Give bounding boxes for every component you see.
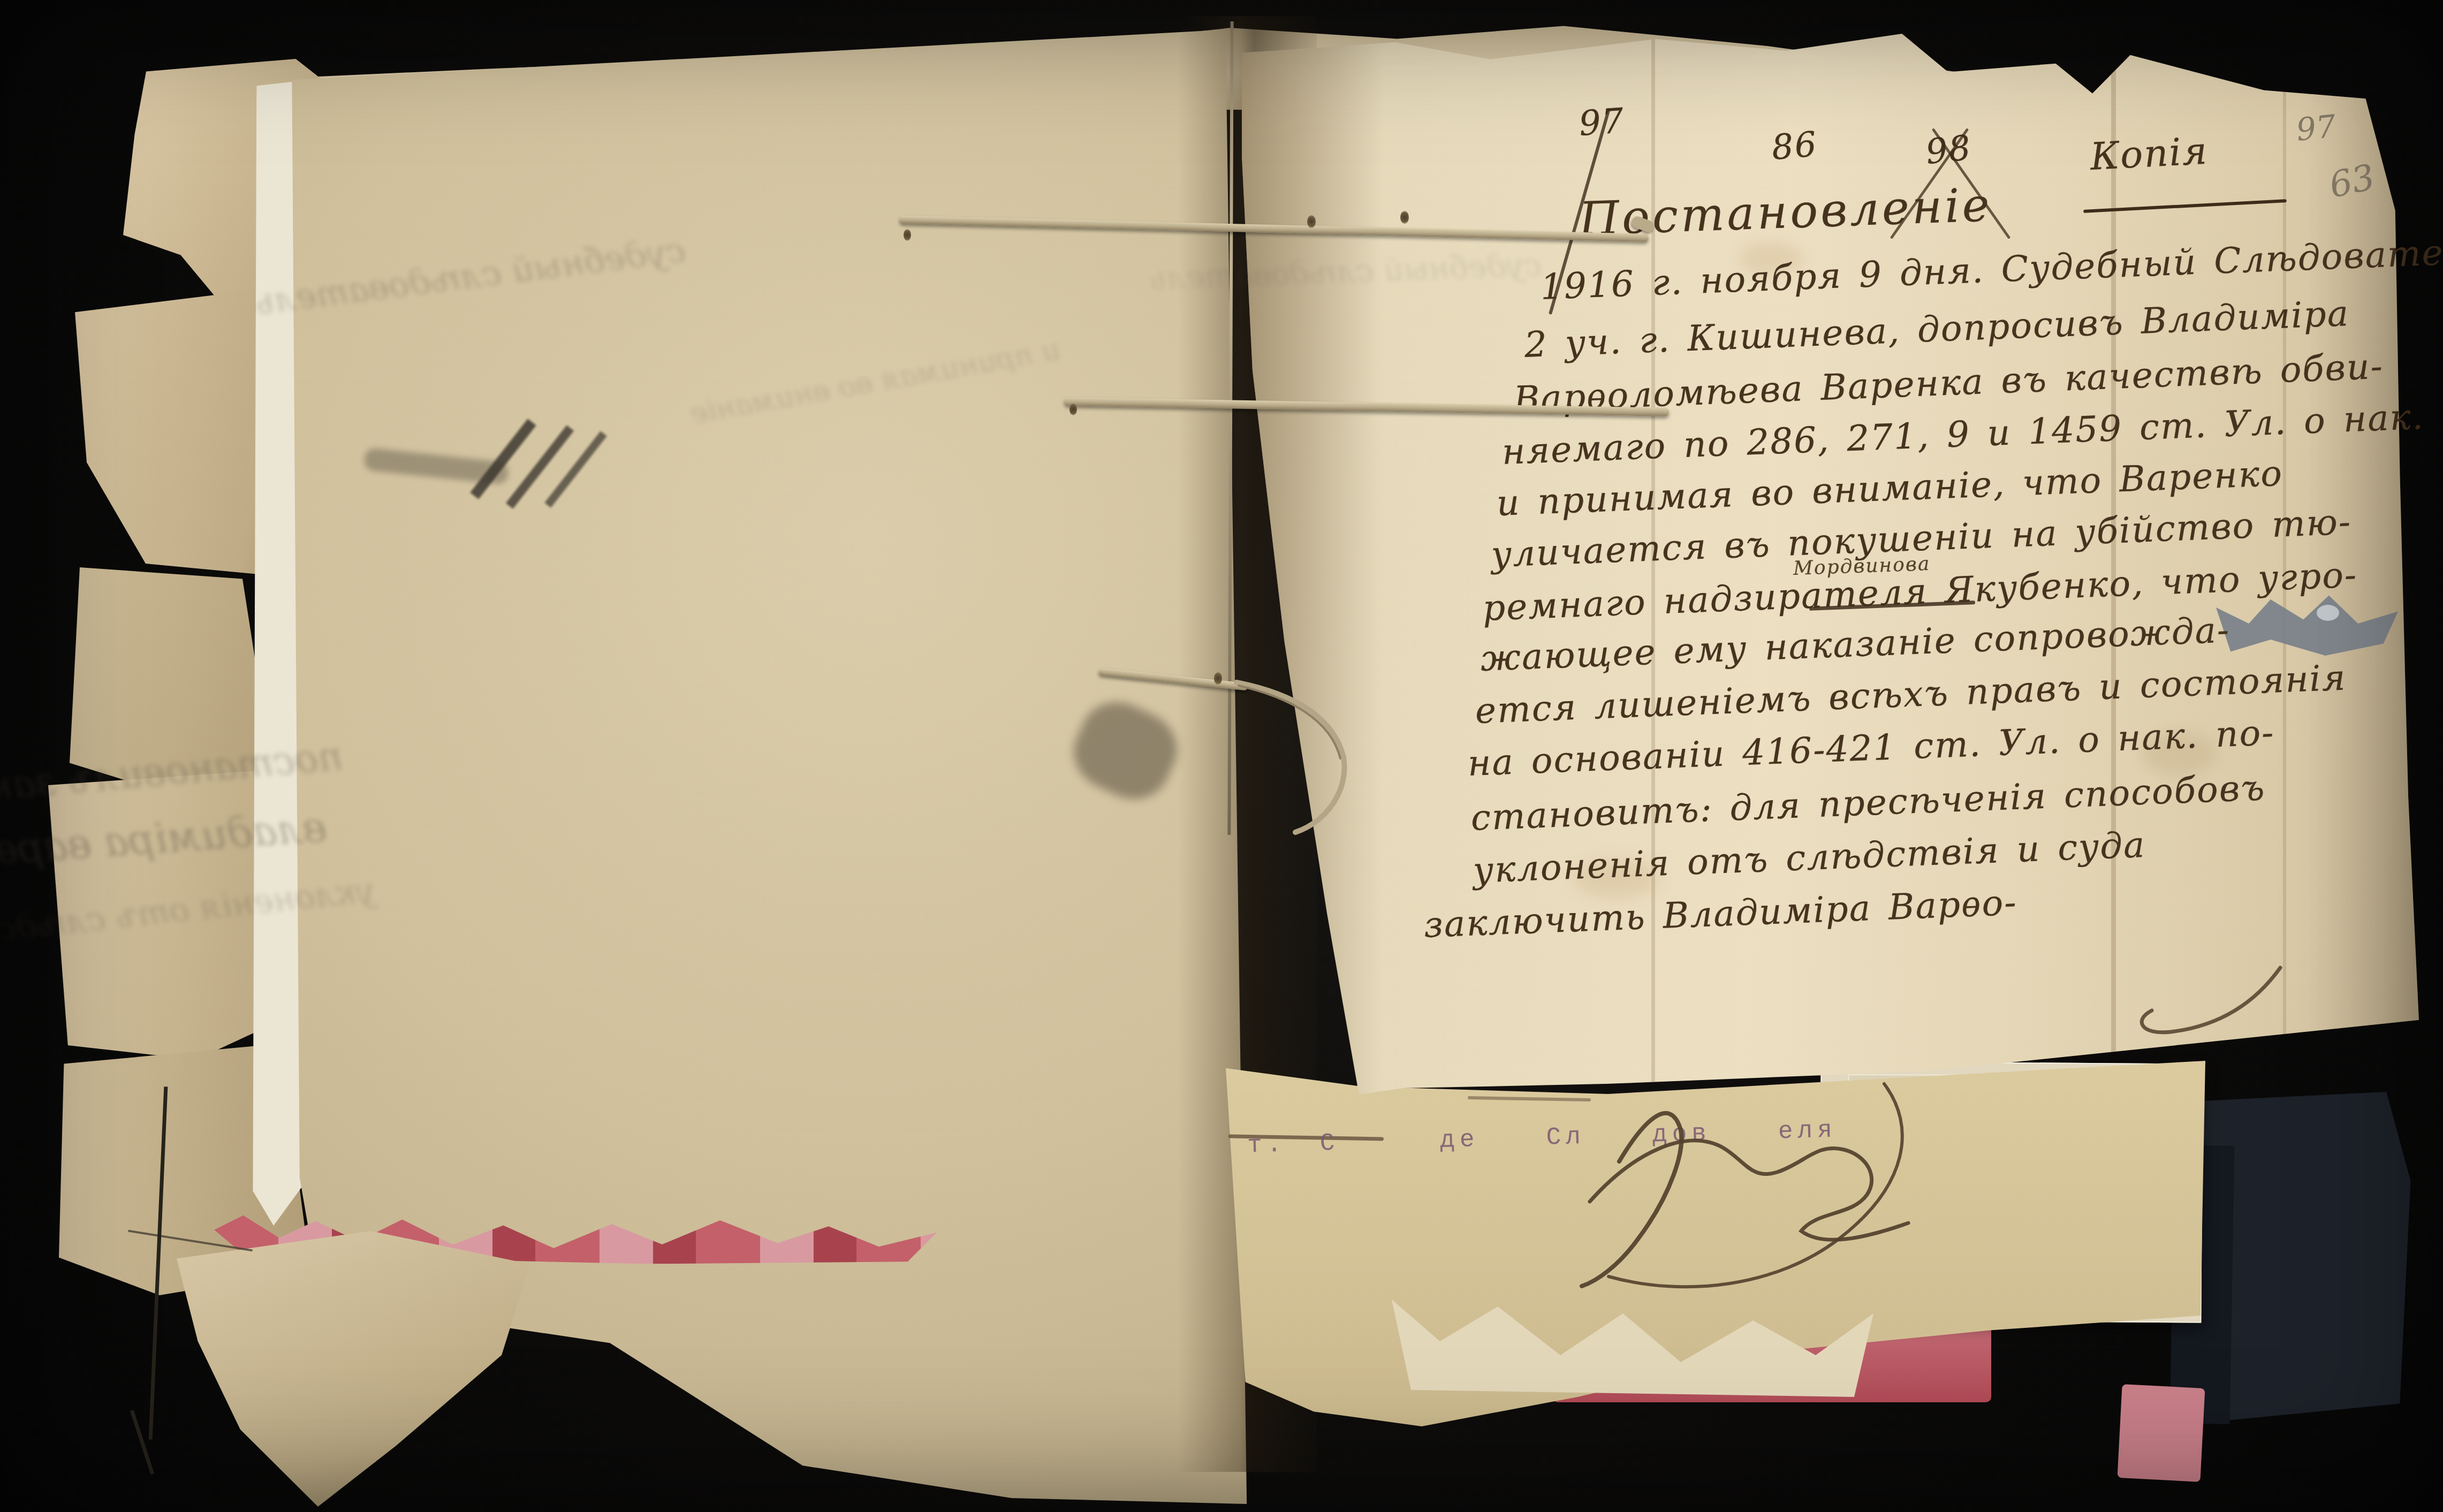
end-flourish (2120, 957, 2291, 1048)
copy-label: Копія (2089, 129, 2209, 179)
folio-number-active: 86 (1770, 125, 1819, 168)
sheet-crease-2 (2111, 29, 2116, 1095)
binding-twine-dangling-end (1204, 672, 1429, 848)
cover-pink-patch-right (2118, 1384, 2205, 1482)
signature-paraph-svg (1509, 1062, 1948, 1293)
archival-photo-stage: судебный слѣдователь и принимая во внима… (0, 0, 2443, 1512)
signature-paraph (1509, 1062, 1948, 1293)
punch-hole-1 (1307, 215, 1316, 228)
punch-hole-4 (1069, 404, 1077, 415)
punch-hole-3 (904, 229, 911, 241)
punch-hole-5 (1214, 672, 1222, 685)
crumpled-bottom-flap (177, 1231, 530, 1507)
corner-pencil-number-top: 97 (2295, 108, 2338, 148)
end-flourish-svg (2120, 957, 2291, 1048)
damage-patch-silver (2317, 605, 2339, 621)
twine-dangling-svg (1204, 672, 1429, 848)
punch-hole-2 (1400, 211, 1409, 224)
